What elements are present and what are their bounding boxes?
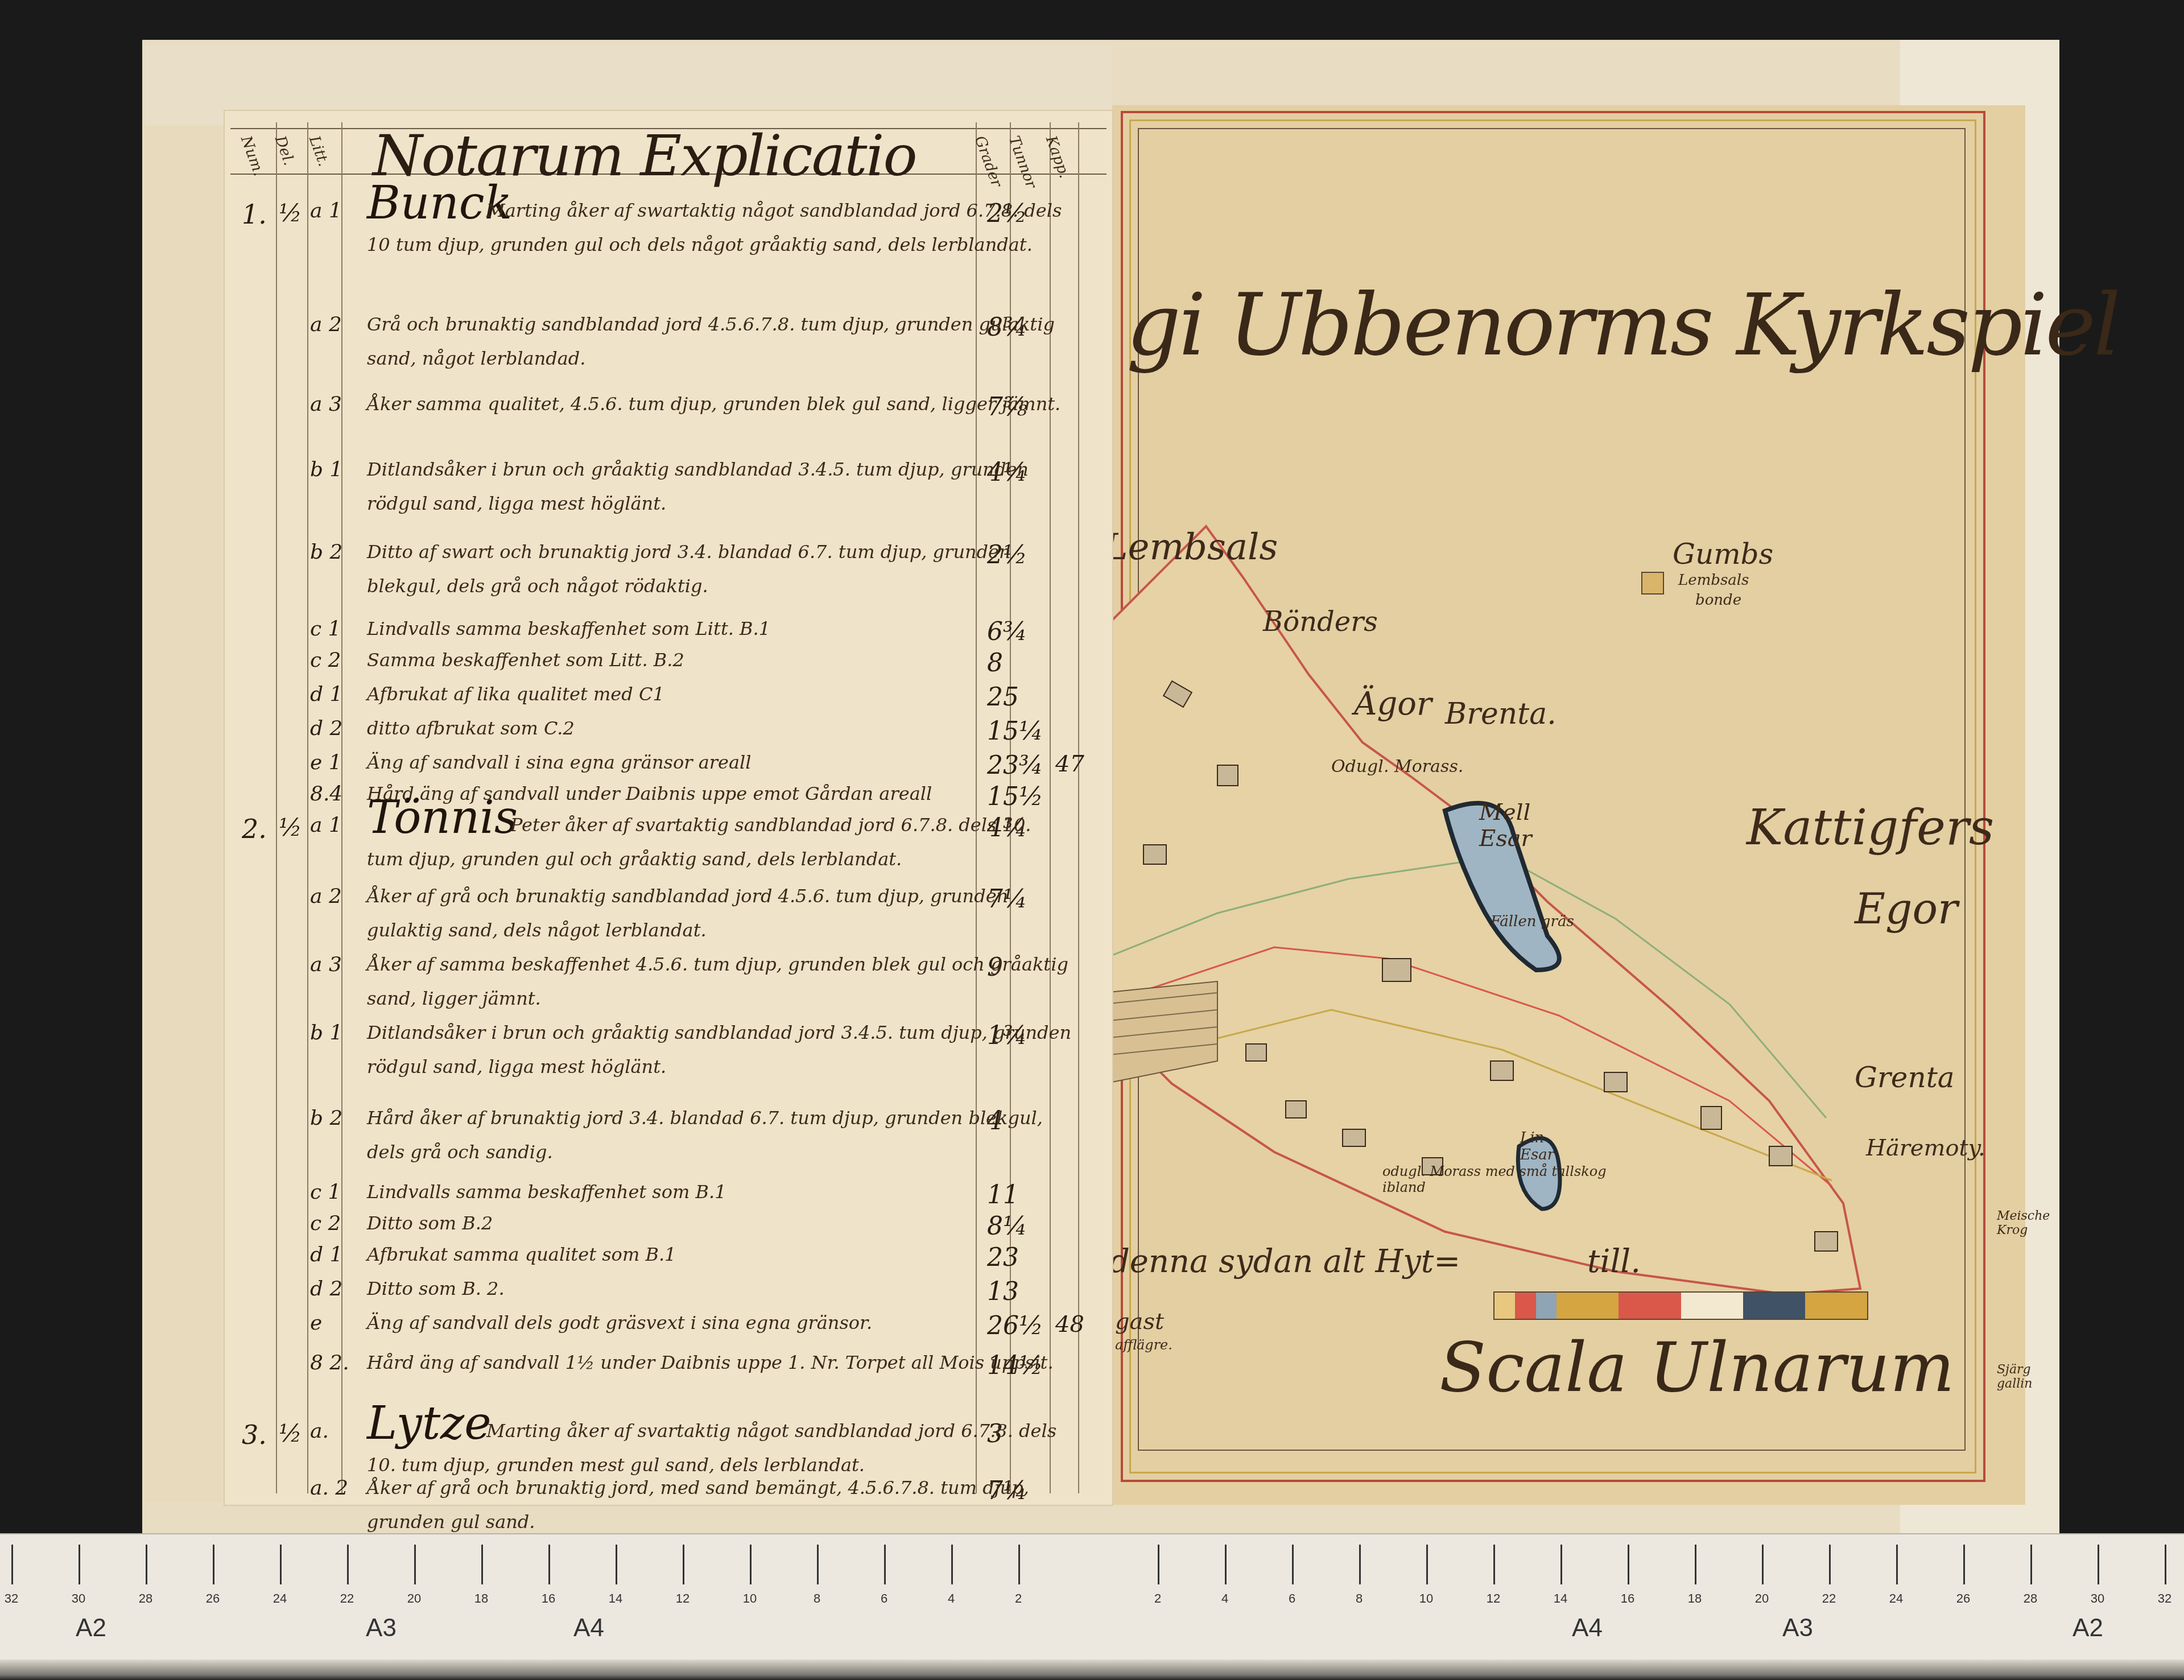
scale-segment [1494, 1293, 1515, 1319]
ruler-tick [414, 1545, 416, 1584]
label-agor: Ägor [1354, 686, 1432, 723]
row-description: Lindvalls samma beskaffenhet som Litt. B… [367, 612, 1072, 646]
ruler-tick [79, 1545, 80, 1584]
scale-segment [1536, 1293, 1557, 1319]
ruler-tick [1426, 1545, 1428, 1584]
ruler-number: 6 [881, 1591, 887, 1606]
row-letter: a. [310, 1419, 329, 1443]
label-sjarg: Sjärg gallin [1997, 1363, 2031, 1391]
ruler-tick [616, 1545, 617, 1584]
ruler-tick [2030, 1545, 2032, 1584]
row-description: Lindvalls samma beskaffenhet som B.1 [367, 1175, 1072, 1209]
ledger-left-strip [145, 125, 228, 1502]
ruler-tick [11, 1545, 13, 1584]
label-odugl-morass-2: odugl. Morass med små tallskog ibland [1382, 1163, 1621, 1195]
row-share: ½ [279, 814, 302, 841]
scale-segment [1515, 1293, 1535, 1319]
paper-size-label: A3 [1782, 1614, 1813, 1642]
row-letter: b 1 [310, 458, 342, 481]
ruler-number: 24 [1889, 1591, 1903, 1606]
row-description: ditto afbrukat som C.2 [367, 711, 1072, 745]
ruler-tick [146, 1545, 147, 1584]
label-odugl-morass: Odugl. Morass. [1331, 757, 1463, 777]
ruler-number: 12 [1487, 1591, 1500, 1606]
ledger-sheet: Num. Del. Litt. Grader Tunnor Kapp. Nota… [225, 111, 1112, 1505]
row-description: Ditto som B. 2. [367, 1272, 1072, 1306]
ruler-number: 22 [340, 1591, 354, 1606]
row-description: Ditto som B.2 [367, 1206, 1072, 1240]
row-letter: a 1 [310, 199, 342, 222]
ruler-tick [1158, 1545, 1159, 1584]
ruler-tick [1225, 1545, 1227, 1584]
ruler-number: 8 [1356, 1591, 1363, 1606]
ruler-number: 12 [676, 1591, 690, 1606]
row-letter: b 2 [310, 540, 342, 564]
ruler-number: 26 [206, 1591, 220, 1606]
row-letter: b 1 [310, 1021, 342, 1045]
ruler-tick [817, 1545, 819, 1584]
label-mell-esar: Mell Esar [1479, 799, 1547, 852]
label-gast-sub: afflägre. [1115, 1337, 1172, 1353]
ruler-tick [1359, 1545, 1361, 1584]
map-title: gi Ubbenorms Kyrkspiel [1126, 276, 2119, 375]
column-rule [1078, 122, 1079, 1493]
column-header-num: Num. [237, 134, 267, 178]
ruler-number: 10 [1419, 1591, 1433, 1606]
row-description: Åker samma qualitet, 4.5.6. tum djup, gr… [367, 387, 1072, 421]
label-gumbs: Gumbs [1673, 538, 1773, 571]
column-header-del: Del. [271, 134, 298, 168]
ruler-tick [280, 1545, 282, 1584]
ruler-tick [1628, 1545, 1629, 1584]
ruler-tick [683, 1545, 684, 1584]
row-letter: d 2 [310, 717, 342, 740]
ruler-number: 28 [2024, 1591, 2037, 1606]
row-description: Ditto af swart och brunaktig jord 3.4. b… [367, 535, 1072, 603]
row-letter: c 1 [310, 617, 341, 641]
row-letter: a 1 [310, 814, 342, 837]
row-description: Ditlandsåker i brun och gråaktig sandbla… [367, 1016, 1072, 1084]
row-description: Afbrukat af lika qualitet med C1 [367, 677, 1072, 711]
row-description: Åker af grå och brunaktig sandblandad jo… [367, 879, 1072, 947]
label-denna-sydan: denna sydan alt Hyt= [1109, 1243, 1460, 1280]
label-brenta-top: Brenta. [1445, 697, 1557, 731]
ruler-number: 2 [1154, 1591, 1161, 1606]
measuring-ruler: 3230282624222018161412108642246810121416… [0, 1533, 2184, 1680]
row-share: ½ [279, 199, 302, 227]
ruler-number: 4 [1221, 1591, 1228, 1606]
paper-size-label: A3 [366, 1614, 397, 1642]
ruler-tick [884, 1545, 886, 1584]
label-gumbs-sub1: Lembsals [1678, 572, 1749, 589]
row-letter: a 3 [310, 953, 342, 976]
row-number: 1. [242, 199, 267, 230]
row-letter: a 3 [310, 393, 342, 416]
ruler-tick [1762, 1545, 1764, 1584]
map-title-prefix: gi [1126, 276, 1204, 375]
ruler-number: 10 [743, 1591, 757, 1606]
ruler-number: 20 [1755, 1591, 1769, 1606]
ruler-number: 30 [72, 1591, 85, 1606]
row-letter: 8 2. [310, 1351, 349, 1374]
label-bonders: Bönders [1263, 606, 1378, 638]
label-haremoty: Häremoty. [1866, 1135, 1985, 1161]
ruler-number: 4 [948, 1591, 955, 1606]
scale-segment [1681, 1293, 1743, 1319]
column-rule [307, 122, 308, 1493]
row-description: Marting åker af swartaktig något sandbla… [367, 193, 1072, 262]
scale-title: Scala Ulnarum [1439, 1328, 1955, 1407]
ruler-number: 32 [2158, 1591, 2171, 1606]
ruler-tick [548, 1545, 550, 1584]
label-kattigfers: Kattigfers [1747, 799, 1994, 856]
ruler-number: 18 [1688, 1591, 1702, 1606]
paper-size-label: A4 [1572, 1614, 1603, 1642]
ruler-edge [0, 1660, 2184, 1680]
row-letter: d 1 [310, 1243, 342, 1266]
ruler-tick [1560, 1545, 1562, 1584]
label-meische-krog: Meische Krog [1997, 1209, 2031, 1237]
column-header-litt: Litt. [305, 134, 332, 169]
row-number: 3. [242, 1419, 267, 1450]
ruler-tick [1493, 1545, 1495, 1584]
row-letter: e [310, 1311, 322, 1335]
row-description: Afbrukat samma qualitet som B.1 [367, 1237, 1072, 1272]
ruler-number: 14 [609, 1591, 622, 1606]
ruler-number: 2 [1015, 1591, 1022, 1606]
row-description: Grå och brunaktig sandblandad jord 4.5.6… [367, 307, 1072, 375]
row-letter: c 2 [310, 649, 341, 672]
row-number: 2. [242, 814, 267, 844]
paper-size-label: A2 [2072, 1614, 2103, 1642]
ruler-tick [347, 1545, 349, 1584]
row-description: Samma beskaffenhet som Litt. B.2 [367, 643, 1072, 677]
scale-segment [1619, 1293, 1681, 1319]
paper-size-label: A2 [76, 1614, 106, 1642]
row-letter: c 2 [310, 1212, 341, 1235]
ruler-tick [1695, 1545, 1696, 1584]
ruler-tick [1292, 1545, 1294, 1584]
row-letter: d 1 [310, 683, 342, 706]
ruler-number: 16 [1621, 1591, 1634, 1606]
label-lin-esar: Lin Esar [1520, 1129, 1566, 1163]
ruler-number: 16 [542, 1591, 555, 1606]
ruler-tick [1963, 1545, 1965, 1584]
row-description: Äng af sandvall dels godt gräsvext i sin… [367, 1306, 1072, 1340]
ruler-number: 26 [1956, 1591, 1970, 1606]
label-gumbs-sub2: bonde [1695, 592, 1741, 609]
row-description: Hård äng af sandvall 1½ under Daibnis up… [367, 1345, 1072, 1380]
label-till: till. [1587, 1243, 1641, 1280]
ruler-tick [1018, 1545, 1020, 1584]
label-gast: gast [1115, 1308, 1164, 1335]
ruler-tick [2098, 1545, 2099, 1584]
ruler-number: 32 [5, 1591, 18, 1606]
ruler-number: 22 [1822, 1591, 1836, 1606]
row-description: Äng af sandvall i sina egna gränsor area… [367, 745, 1072, 779]
ruler-number: 24 [273, 1591, 287, 1606]
row-letter: a 2 [310, 313, 342, 336]
ruler-number: 18 [474, 1591, 488, 1606]
ruler-number: 14 [1554, 1591, 1567, 1606]
row-description: Hård åker af brunaktig jord 3.4. blandad… [367, 1101, 1072, 1169]
ruler-number: 30 [2091, 1591, 2104, 1606]
label-brenta-right: Grenta [1855, 1061, 1955, 1094]
ruler-tick [481, 1545, 483, 1584]
scale-segment [1557, 1293, 1619, 1319]
map-title-text: Ubbenorms Kyrkspiel [1229, 276, 2119, 375]
ruler-number: 20 [407, 1591, 421, 1606]
scale-bar [1493, 1291, 1868, 1320]
ruler-number: 28 [139, 1591, 152, 1606]
scale-segment [1743, 1293, 1805, 1319]
label-fallen: Fällen gräs [1491, 913, 1574, 930]
row-letter: b 2 [310, 1107, 342, 1130]
ruler-tick [951, 1545, 953, 1584]
ruler-number: 8 [814, 1591, 820, 1606]
column-rule [276, 122, 277, 1493]
row-letter: d 2 [310, 1277, 342, 1301]
row-description: Åker af samma beskaffenhet 4.5.6. tum dj… [367, 947, 1072, 1016]
row-letter: e 1 [310, 751, 342, 774]
ruler-tick [213, 1545, 214, 1584]
ruler-tick [1829, 1545, 1831, 1584]
ruler-tick [750, 1545, 752, 1584]
house-icon [1641, 572, 1664, 595]
row-letter: 8.4 [310, 782, 342, 806]
ruler-tick [1896, 1545, 1898, 1584]
label-egor: Egor [1855, 885, 1958, 934]
row-description: Peter åker af svartaktig sandblandad jor… [367, 808, 1072, 876]
paper-size-label: A4 [573, 1614, 604, 1642]
row-letter: a 2 [310, 885, 342, 908]
label-lembsals: Lembsals [1104, 526, 1278, 568]
row-share: ½ [279, 1419, 302, 1447]
row-description: Åker af grå och brunaktig jord, med sand… [367, 1471, 1072, 1539]
row-letter: c 1 [310, 1180, 341, 1204]
scale-segment [1805, 1293, 1867, 1319]
row-letter: a. 2 [310, 1476, 348, 1500]
ruler-number: 6 [1289, 1591, 1295, 1606]
row-description: Ditlandsåker i brun och gråaktig sandbla… [367, 452, 1072, 521]
map-sheet: gi Ubbenorms Kyrkspiel Lemb [1104, 105, 2025, 1505]
ruler-tick [2165, 1545, 2166, 1584]
